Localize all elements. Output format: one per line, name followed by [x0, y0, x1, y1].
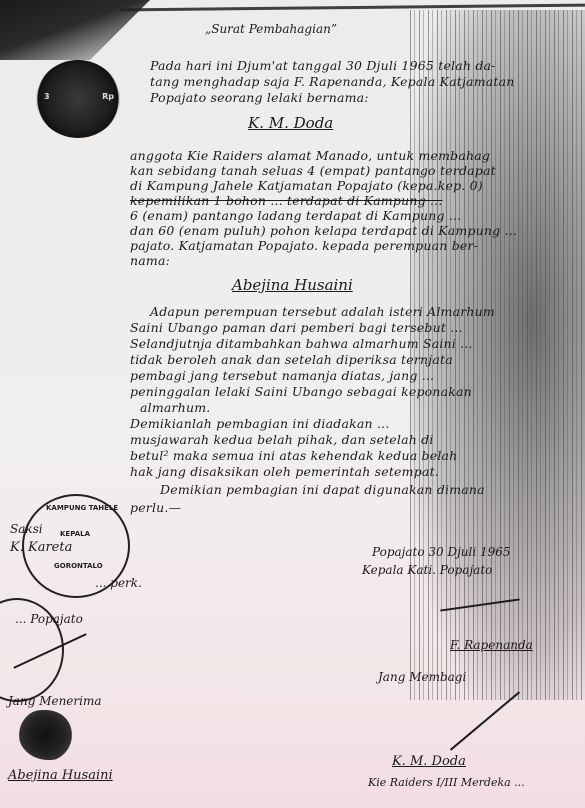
- body-line: nama:: [130, 253, 170, 268]
- body-line: perlu.—: [130, 500, 181, 515]
- receiver-name: Abejina Husaini: [232, 276, 353, 294]
- body-line: Selandjutnja ditambahkan bahwa almarhum …: [130, 336, 473, 351]
- giver-name: K. M. Doda: [248, 114, 333, 132]
- official-title: Kepala Kati. Popajato: [362, 563, 492, 577]
- body-line: Popajato seorang lelaki bernama:: [150, 90, 369, 105]
- stamp-value-left: 3: [44, 92, 50, 101]
- receiver-signature: Abejina Husaini: [8, 768, 113, 783]
- body-line: tidak beroleh anak dan setelah diperiksa…: [130, 352, 453, 367]
- body-line: hak jang disaksikan oleh pemerintah sete…: [130, 464, 439, 479]
- body-line: musjawarah kedua belah pihak, dan setela…: [130, 432, 434, 447]
- stamp-bottom-text: GORONTALO: [54, 562, 103, 570]
- receiver-label: Jang Menerima: [8, 694, 102, 708]
- official-name: F. Rapenanda: [450, 638, 533, 652]
- body-line: Adapun perempuan tersebut adalah isteri …: [150, 304, 495, 319]
- body-line-struck: kepemilikan 1 bohon ... terdapat di Kamp…: [130, 193, 443, 208]
- thumbprint-icon: [18, 710, 73, 760]
- body-line: dan 60 (enam puluh) pohon kelapa terdapa…: [130, 223, 517, 238]
- document-title: „Surat Pembahagian”: [205, 22, 337, 36]
- body-line: betul² maka semua ini atas kehendak kedu…: [130, 448, 457, 463]
- giver-caption: Kie Raiders I/III Merdeka ...: [368, 776, 525, 789]
- giver-label: Jang Membagi: [378, 670, 466, 684]
- giver-signature: K. M. Doda: [392, 754, 466, 769]
- stamp-value-right: Rp: [102, 92, 114, 101]
- body-line: Saini Ubango paman dari pemberi bagi ter…: [130, 320, 463, 335]
- body-line: Demikianlah pembagian ini diadakan ...: [130, 416, 390, 431]
- body-line: Pada hari ini Djum'at tanggal 30 Djuli 1…: [150, 58, 496, 73]
- body-line: di Kampung Jahele Katjamatan Popajato (k…: [130, 178, 483, 193]
- body-line: almarhum.: [140, 400, 210, 415]
- stamp-mid-text: KEPALA: [60, 530, 90, 538]
- witness-label: Saksi: [10, 522, 43, 536]
- body-line: tang menghadap saja F. Rapenanda, Kepala…: [150, 74, 515, 89]
- second-stamp-caption: ... Popajato: [15, 612, 83, 626]
- revenue-stamp-icon: 3 Rp: [36, 60, 120, 138]
- body-line: Demikian pembagian ini dapat digunakan d…: [160, 482, 485, 497]
- body-line: pembagi jang tersebut namanja diatas, ja…: [130, 368, 434, 383]
- witness-signature: K. Kareta: [10, 540, 72, 555]
- body-line: 6 (enam) pantango ladang terdapat di Kam…: [130, 208, 461, 223]
- body-line: anggota Kie Raiders alamat Manado, untuk…: [130, 148, 490, 163]
- body-line: kan sebidang tanah seluas 4 (empat) pant…: [130, 163, 496, 178]
- body-line: peninggalan lelaki Saini Ubango sebagai …: [130, 384, 472, 399]
- document-page: „Surat Pembahagian” 3 Rp Pada hari ini D…: [0, 0, 585, 808]
- giver-signature-stroke: [450, 691, 520, 750]
- witness-note: ... perk.: [95, 576, 142, 590]
- stamp-top-text: KAMPUNG TAHELE: [46, 504, 118, 512]
- body-line: pajato. Katjamatan Popajato. kepada pere…: [130, 238, 478, 253]
- place-date: Popajato 30 Djuli 1965: [372, 545, 511, 559]
